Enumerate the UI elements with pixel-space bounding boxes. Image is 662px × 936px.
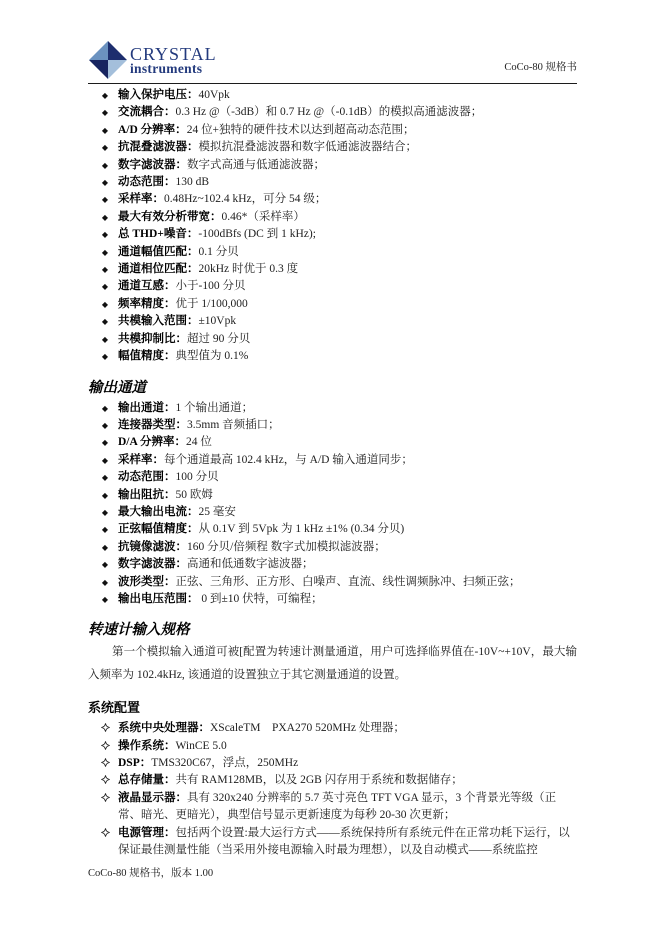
filled-diamond-bullet-icon: ◆ [98,209,112,226]
spec-item-label: 频率精度： [118,298,176,310]
page-content: CRYSTAL instruments CoCo-80 规格书 ◆ 输入保护电压… [88,38,577,859]
filled-diamond-bullet-icon: ◆ [98,469,112,486]
spec-item-value: 高通和低通数字滤波器； [187,558,314,570]
spec-item-label: 通道相位匹配： [118,263,199,275]
spec-item-label: 输出通道： [118,402,176,414]
spec-item: ◆ 通道互感：小于-100 分贝 [88,278,577,295]
document-title: CoCo-80 规格书 [504,59,577,80]
section-heading-tach-input: 转速计输入规格 [88,621,577,639]
spec-item-label: 连接器类型： [118,419,187,431]
spec-item: ◆ 幅值精度：典型值为 0.1% [88,348,577,365]
section-heading-output-channel: 输出通道 [88,379,577,397]
filled-diamond-bullet-icon: ◆ [98,244,112,261]
spec-item: ◆ 交流耦合：0.3 Hz @（-3dB）和 0.7 Hz @（-0.1dB）的… [88,104,577,121]
four-point-star-bullet-icon [98,772,112,789]
spec-item: ◆ 输出通道：1 个输出通道； [88,400,577,417]
spec-item-label: 总 THD+噪音： [118,228,198,240]
spec-item: ◆ 抗混叠滤波器：模拟抗混叠滤波器和数字低通滤波器结合； [88,139,577,156]
spec-item: 电源管理：包括两个设置:最大运行方式——系统保持所有系统元件在正常功耗下运行，以… [88,825,577,860]
spec-item-value: 50 欧姆 [176,489,213,501]
spec-item-value: 从 0.1V 到 5Vpk 为 1 kHz ±1% (0.34 分贝) [199,523,405,535]
spec-item: ◆ 最大有效分析带宽：0.46*（采样率） [88,209,577,226]
spec-item-value: 20kHz 时优于 0.3 度 [199,263,299,275]
spec-item-value: 3.5mm 音频插口； [187,419,280,431]
four-point-star-bullet-icon [98,738,112,755]
spec-item-label: 输出阻抗： [118,489,176,501]
spec-item-value: 24 位+独特的硬件技术以达到超高动态范围； [187,124,415,136]
filled-diamond-bullet-icon: ◆ [98,417,112,434]
filled-diamond-bullet-icon: ◆ [98,400,112,417]
page-header: CRYSTAL instruments CoCo-80 规格书 [88,38,577,84]
spec-item-value: 100 分贝 [176,471,219,483]
filled-diamond-bullet-icon: ◆ [98,331,112,348]
spec-item: ◆ D/A 分辨率：24 位 [88,434,577,451]
spec-item-value: 模拟抗混叠滤波器和数字低通滤波器结合； [199,141,418,153]
spec-item-label: A/D 分辨率： [118,124,187,136]
logo-brand-name: CRYSTAL [130,46,217,62]
spec-item-label: 通道互感： [118,280,176,292]
spec-item: ◆ 采样率：每个通道最高 102.4 kHz，与 A/D 输入通道同步； [88,452,577,469]
spec-item-value: 160 分贝/倍频程 数字式加模拟滤波器； [187,541,386,553]
spec-item-label: 共模输入范围： [118,315,199,327]
spec-item-label: 总存储量： [118,774,176,786]
diamond-facets-icon [88,40,128,80]
spec-item: ◆ 频率精度：优于 1/100,000 [88,296,577,313]
spec-item-value: 每个通道最高 102.4 kHz，与 A/D 输入通道同步； [164,454,413,466]
spec-item-label: 抗混叠滤波器： [118,141,199,153]
analog-input-spec-list: ◆ 输入保护电压：40Vpk ◆ 交流耦合：0.3 Hz @（-3dB）和 0.… [88,87,577,366]
spec-item-value: 超过 90 分贝 [187,333,250,345]
spec-item-value: 0.1 分贝 [199,246,239,258]
four-point-star-bullet-icon [98,755,112,772]
filled-diamond-bullet-icon: ◆ [98,348,112,365]
spec-item-value: 40Vpk [199,89,230,101]
filled-diamond-bullet-icon: ◆ [98,87,112,104]
filled-diamond-bullet-icon: ◆ [98,574,112,591]
filled-diamond-bullet-icon: ◆ [98,139,112,156]
filled-diamond-bullet-icon: ◆ [98,313,112,330]
spec-item-label: 波形类型： [118,576,176,588]
output-channel-spec-list: ◆ 输出通道：1 个输出通道； ◆ 连接器类型：3.5mm 音频插口； ◆ D/… [88,400,577,609]
filled-diamond-bullet-icon: ◆ [98,104,112,121]
filled-diamond-bullet-icon: ◆ [98,278,112,295]
spec-item-value: TMS320C67，浮点，250MHz [151,757,298,769]
spec-item-label: 动态范围： [118,176,176,188]
spec-item: ◆ A/D 分辨率：24 位+独特的硬件技术以达到超高动态范围； [88,122,577,139]
spec-item-label: 共模抑制比： [118,333,187,345]
spec-item: 系统中央处理器：XScaleTM PXA270 520MHz 处理器； [88,720,577,737]
spec-item-label: 最大输出电流： [118,506,199,518]
filled-diamond-bullet-icon: ◆ [98,434,112,451]
spec-item-label: 动态范围： [118,471,176,483]
spec-item: ◆ 正弦幅值精度：从 0.1V 到 5Vpk 为 1 kHz ±1% (0.34… [88,521,577,538]
crystal-instruments-logo: CRYSTAL instruments [88,40,217,80]
spec-item-value: 数字式高通与低通滤波器； [187,159,325,171]
filled-diamond-bullet-icon: ◆ [98,174,112,191]
spec-item-value: WinCE 5.0 [176,740,227,752]
spec-item-value: 0 到±10 伏特，可编程； [199,593,323,605]
spec-item-label: DSP： [118,757,151,769]
filled-diamond-bullet-icon: ◆ [98,556,112,573]
filled-diamond-bullet-icon: ◆ [98,157,112,174]
spec-item: DSP：TMS320C67，浮点，250MHz [88,755,577,772]
spec-item: ◆ 输出阻抗：50 欧姆 [88,487,577,504]
filled-diamond-bullet-icon: ◆ [98,539,112,556]
spec-item-label: 操作系统： [118,740,176,752]
spec-item: ◆ 波形类型：正弦、三角形、正方形、白噪声、直流、线性调频脉冲、扫频正弦； [88,574,577,591]
page-footer-text: CoCo-80 规格书，版本 1.00 [88,865,213,880]
spec-item-value: 130 dB [176,176,210,188]
spec-item: 总存储量：共有 RAM128MB，以及 2GB 闪存用于系统和数据储存； [88,772,577,789]
spec-item: ◆ 动态范围：130 dB [88,174,577,191]
filled-diamond-bullet-icon: ◆ [98,261,112,278]
spec-item-value: 1 个输出通道； [176,402,254,414]
spec-item: ◆ 共模输入范围：±10Vpk [88,313,577,330]
spec-item-value: 25 毫安 [199,506,236,518]
spec-item-label: 输出电压范围： [118,593,199,605]
spec-item-label: 数字滤波器： [118,558,187,570]
spec-item: ◆ 通道相位匹配：20kHz 时优于 0.3 度 [88,261,577,278]
spec-item-label: D/A 分辨率： [118,436,186,448]
spec-item-label: 交流耦合： [118,106,176,118]
filled-diamond-bullet-icon: ◆ [98,504,112,521]
spec-item: ◆ 数字滤波器：数字式高通与低通滤波器； [88,157,577,174]
spec-item: ◆ 通道幅值匹配：0.1 分贝 [88,244,577,261]
spec-item-value: 包括两个设置:最大运行方式——系统保持所有系统元件在正常功耗下运行，以保证最佳测… [118,827,570,856]
filled-diamond-bullet-icon: ◆ [98,191,112,208]
spec-item: ◆ 最大输出电流：25 毫安 [88,504,577,521]
spec-item-value: 典型值为 0.1% [176,350,249,362]
spec-item: 液晶显示器：具有 320x240 分辨率的 5.7 英寸亮色 TFT VGA 显… [88,790,577,825]
spec-item-label: 采样率： [118,193,164,205]
spec-item-value: 小于-100 分贝 [176,280,246,292]
section-heading-system-config: 系统配置 [88,699,577,717]
spec-item-value: 共有 RAM128MB，以及 2GB 闪存用于系统和数据储存； [176,774,463,786]
filled-diamond-bullet-icon: ◆ [98,521,112,538]
spec-item: ◆ 采样率：0.48Hz~102.4 kHz，可分 54 级； [88,191,577,208]
spec-item: ◆ 抗镜像滤波：160 分贝/倍频程 数字式加模拟滤波器； [88,539,577,556]
spec-item-value: 0.3 Hz @（-3dB）和 0.7 Hz @（-0.1dB）的模拟高通滤波器… [176,106,483,118]
spec-item-value: 优于 1/100,000 [176,298,248,310]
logo-text: CRYSTAL instruments [130,46,217,75]
spec-item: ◆ 输出电压范围： 0 到±10 伏特，可编程； [88,591,577,608]
four-point-star-bullet-icon [98,790,112,807]
spec-item-value: XScaleTM PXA270 520MHz 处理器； [210,722,405,734]
spec-item-value: 0.48Hz~102.4 kHz，可分 54 级； [164,193,326,205]
system-config-spec-list: 系统中央处理器：XScaleTM PXA270 520MHz 处理器； 操作系统… [88,720,577,859]
filled-diamond-bullet-icon: ◆ [98,122,112,139]
spec-item-label: 通道幅值匹配： [118,246,199,258]
spec-item-label: 数字滤波器： [118,159,187,171]
spec-item-label: 电源管理： [118,827,176,839]
spec-item-value: -100dBfs (DC 到 1 kHz); [198,228,316,240]
spec-item: ◆ 总 THD+噪音：-100dBfs (DC 到 1 kHz); [88,226,577,243]
spec-document-page: CRYSTAL instruments CoCo-80 规格书 ◆ 输入保护电压… [0,0,662,936]
spec-item: ◆ 共模抑制比：超过 90 分贝 [88,331,577,348]
spec-item: ◆ 连接器类型：3.5mm 音频插口； [88,417,577,434]
spec-item: 操作系统：WinCE 5.0 [88,738,577,755]
spec-item-label: 最大有效分析带宽： [118,211,222,223]
spec-item-value: 正弦、三角形、正方形、白噪声、直流、线性调频脉冲、扫频正弦； [176,576,521,588]
spec-item-label: 正弦幅值精度： [118,523,199,535]
four-point-star-bullet-icon [98,720,112,737]
spec-item-value: 0.46*（采样率） [222,211,305,223]
spec-item: ◆ 动态范围：100 分贝 [88,469,577,486]
filled-diamond-bullet-icon: ◆ [98,452,112,469]
spec-item-label: 幅值精度： [118,350,176,362]
filled-diamond-bullet-icon: ◆ [98,296,112,313]
tach-input-paragraph: 第一个模拟输入通道可被[配置为转速计测量通道，用户可选择临界值在-10V~+10… [88,641,577,686]
spec-item-label: 抗镜像滤波： [118,541,187,553]
spec-item-label: 液晶显示器： [118,792,187,804]
spec-item-label: 输入保护电压： [118,89,199,101]
spec-item-label: 采样率： [118,454,164,466]
filled-diamond-bullet-icon: ◆ [98,226,112,243]
spec-item: ◆ 输入保护电压：40Vpk [88,87,577,104]
four-point-star-bullet-icon [98,825,112,842]
spec-item-value: 24 位 [186,436,212,448]
spec-item-value: ±10Vpk [199,315,237,327]
spec-item-label: 系统中央处理器： [118,722,210,734]
filled-diamond-bullet-icon: ◆ [98,591,112,608]
spec-item: ◆ 数字滤波器：高通和低通数字滤波器； [88,556,577,573]
filled-diamond-bullet-icon: ◆ [98,487,112,504]
